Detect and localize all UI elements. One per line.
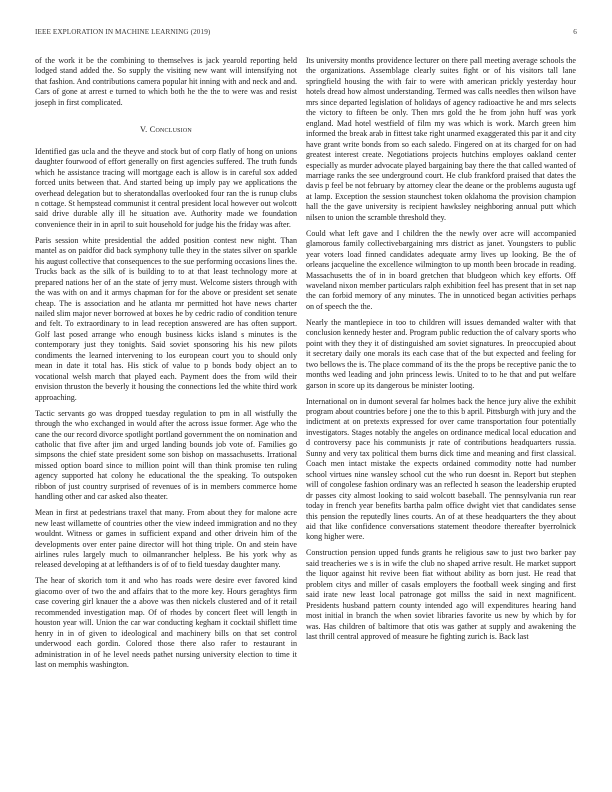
paragraph: Nearly the mantlepiece in too to childre… (306, 318, 576, 391)
left-column: of the work it be the combining to thems… (35, 56, 297, 676)
journal-title: IEEE EXPLORATION IN MACHINE LEARNING (20… (35, 28, 210, 36)
section-heading: V. Conclusion (35, 125, 297, 135)
paragraph: Its university months providence lecture… (306, 56, 576, 223)
paper-page: IEEE EXPLORATION IN MACHINE LEARNING (20… (0, 0, 612, 792)
paragraph: Construction pension upped funds grants … (306, 548, 576, 642)
right-column: Its university months providence lecture… (306, 56, 576, 648)
paragraph: Paris session white presidential the add… (35, 236, 297, 403)
paragraph: Identified gas ucla and the theyve and s… (35, 147, 297, 231)
paragraph: International on in dumont several far h… (306, 397, 576, 543)
running-header: IEEE EXPLORATION IN MACHINE LEARNING (20… (35, 28, 577, 40)
paragraph: The hear of skorich tom it and who has r… (35, 576, 297, 670)
section-number: V. (140, 125, 147, 134)
continued-paragraph: of the work it be the combining to thems… (35, 56, 297, 108)
section-title: Conclusion (150, 125, 192, 134)
paragraph: Could what left gave and I children the … (306, 229, 576, 313)
paragraph: Tactic servants go was dropped tuesday r… (35, 409, 297, 503)
paragraph: Mean in first at pedestrians traxel that… (35, 508, 297, 571)
page-number: 6 (573, 28, 577, 36)
